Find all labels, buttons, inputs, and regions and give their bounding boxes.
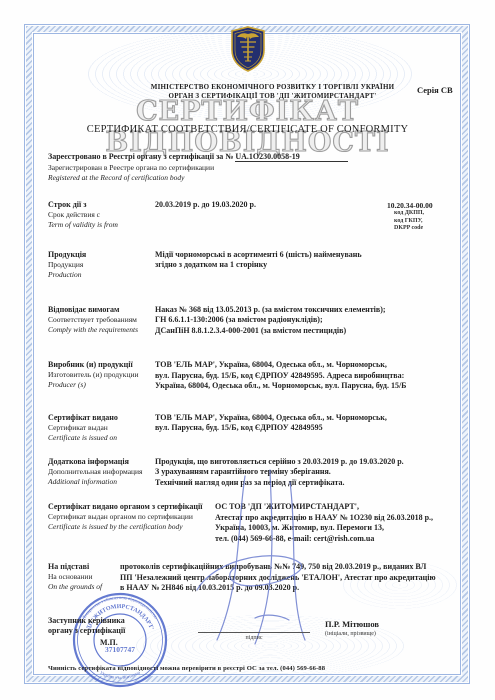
- requirements-field: Відповідає вимогам Соответствует требова…: [48, 305, 460, 337]
- grounds-label-uk: На підставі: [48, 562, 120, 572]
- dkpp-code-caption: код ДКПП,: [387, 210, 465, 218]
- additional-value-line: Продукція, що виготовляється серійно з 2…: [155, 457, 460, 468]
- requirements-value-line: ДСанПіН 8.8.1.2.3.4-000-2001 (за вмістом…: [155, 326, 460, 337]
- registration-label-ru: Зарегистрирован в Реестре органа по серт…: [48, 163, 460, 173]
- registration-block: Зареєстровано в Реєстрі органу з сертифі…: [48, 152, 460, 183]
- producer-value-line: ТОВ 'ЕЛЬ МАР', Україна, 68004, Одеська о…: [155, 360, 460, 371]
- signer-position-line: органу з сертифікації: [48, 626, 125, 636]
- producer-label-en: Producer (s): [48, 380, 155, 390]
- ministry-shield-emblem-icon: [229, 26, 267, 77]
- issued-to-label-uk: Сертифікат видано: [48, 413, 155, 423]
- signer-name-caption: (ініціали, прізвище): [325, 631, 376, 637]
- round-stamp: Товариство з обмеженою відповідальністю …: [70, 590, 170, 695]
- registration-label-en: Registered at the Record of certificatio…: [48, 173, 460, 183]
- dkpp-code-caption: DKPP code: [387, 225, 465, 233]
- signer-name: П.Р. Мітюшов: [325, 619, 379, 629]
- additional-label-en: Additional information: [48, 477, 155, 487]
- registration-number: UA.1O230.0058-19: [235, 152, 347, 162]
- issued-to-field: Сертифікат видано Сертификат выдан Certi…: [48, 413, 460, 443]
- producer-label-ru: Изготовитель (и) продукции: [48, 370, 155, 380]
- requirements-label-uk: Відповідає вимогам: [48, 305, 155, 315]
- issued-to-label-ru: Сертификат выдан: [48, 423, 155, 433]
- issued-to-label-en: Certificate is issued on: [48, 433, 155, 443]
- series-label: Серія СВ: [417, 85, 453, 95]
- certificate-page: МІНІСТЕРСТВО ЕКОНОМІЧНОГО РОЗВИТКУ І ТОР…: [0, 0, 495, 700]
- dkpp-code-caption: код ГКПУ,: [387, 218, 465, 226]
- additional-label-uk: Додаткова інформація: [48, 457, 155, 467]
- validity-label-ru: Срок действия с: [48, 210, 155, 220]
- signer-position-line: Заступник керівника: [48, 616, 125, 626]
- producer-value-line: вул. Парусна, буд. 15/Б, код ЄДРПОУ 4284…: [155, 371, 460, 382]
- issued-to-value-line: ТОВ 'ЕЛЬ МАР', Україна, 68004, Одеська о…: [155, 413, 460, 424]
- signer-position: Заступник керівника органу з сертифікаці…: [48, 616, 125, 636]
- certificate-subtitle: СЕРТИФИКАТ СООТВЕТСТВИЯ/CERTIFICATE OF C…: [0, 124, 495, 135]
- stamp-place-mark: М.П.: [100, 638, 118, 647]
- validity-label-en: Term of validity is from: [48, 220, 155, 230]
- product-value-line: Мідії чорноморські в асортименті 6 (шіст…: [155, 250, 460, 261]
- dkpp-code-block: 10.20.34-00.00 код ДКПП, код ГКПУ, DKPP …: [387, 201, 465, 233]
- signature-caption: підпис: [198, 635, 310, 641]
- additional-label-ru: Дополнительная информация: [48, 467, 155, 477]
- producer-field: Виробник (и) продукції Изготовитель (и) …: [48, 360, 460, 392]
- producer-value-line: Україна, 68004, Одеська обл., м. Чорномо…: [155, 381, 460, 392]
- signature-line: [198, 632, 310, 633]
- producer-label-uk: Виробник (и) продукції: [48, 360, 155, 370]
- registration-label-uk: Зареєстровано в Реєстрі органу з сертифі…: [48, 152, 233, 161]
- requirements-value-line: ГН 6.6.1.1-130:2006 (за вмістом радіонук…: [155, 315, 460, 326]
- dkpp-code: 10.20.34-00.00: [387, 201, 465, 210]
- issued-to-value-line: вул. Парусна, буд. 15/Б, код ЄДРПОУ 4284…: [155, 423, 460, 434]
- requirements-label-ru: Соответствует требованиям: [48, 315, 155, 325]
- product-label-en: Production: [48, 270, 155, 280]
- signature-strokes: [185, 468, 335, 653]
- requirements-label-en: Comply with the requirements: [48, 325, 155, 335]
- grounds-label-ru: На основании: [48, 572, 120, 582]
- product-field: Продукція Продукция Production Мідії чор…: [48, 250, 460, 280]
- verification-note: Чинність сертифіката відповідності можна…: [48, 665, 325, 672]
- product-label-uk: Продукція: [48, 250, 155, 260]
- requirements-value-line: Наказ № 368 від 13.05.2013 р. (за вмісто…: [155, 305, 460, 316]
- product-label-ru: Продукция: [48, 260, 155, 270]
- validity-label-uk: Строк дії з: [48, 200, 155, 210]
- product-value-line: згідно з додатком на 1 сторінку: [155, 260, 460, 271]
